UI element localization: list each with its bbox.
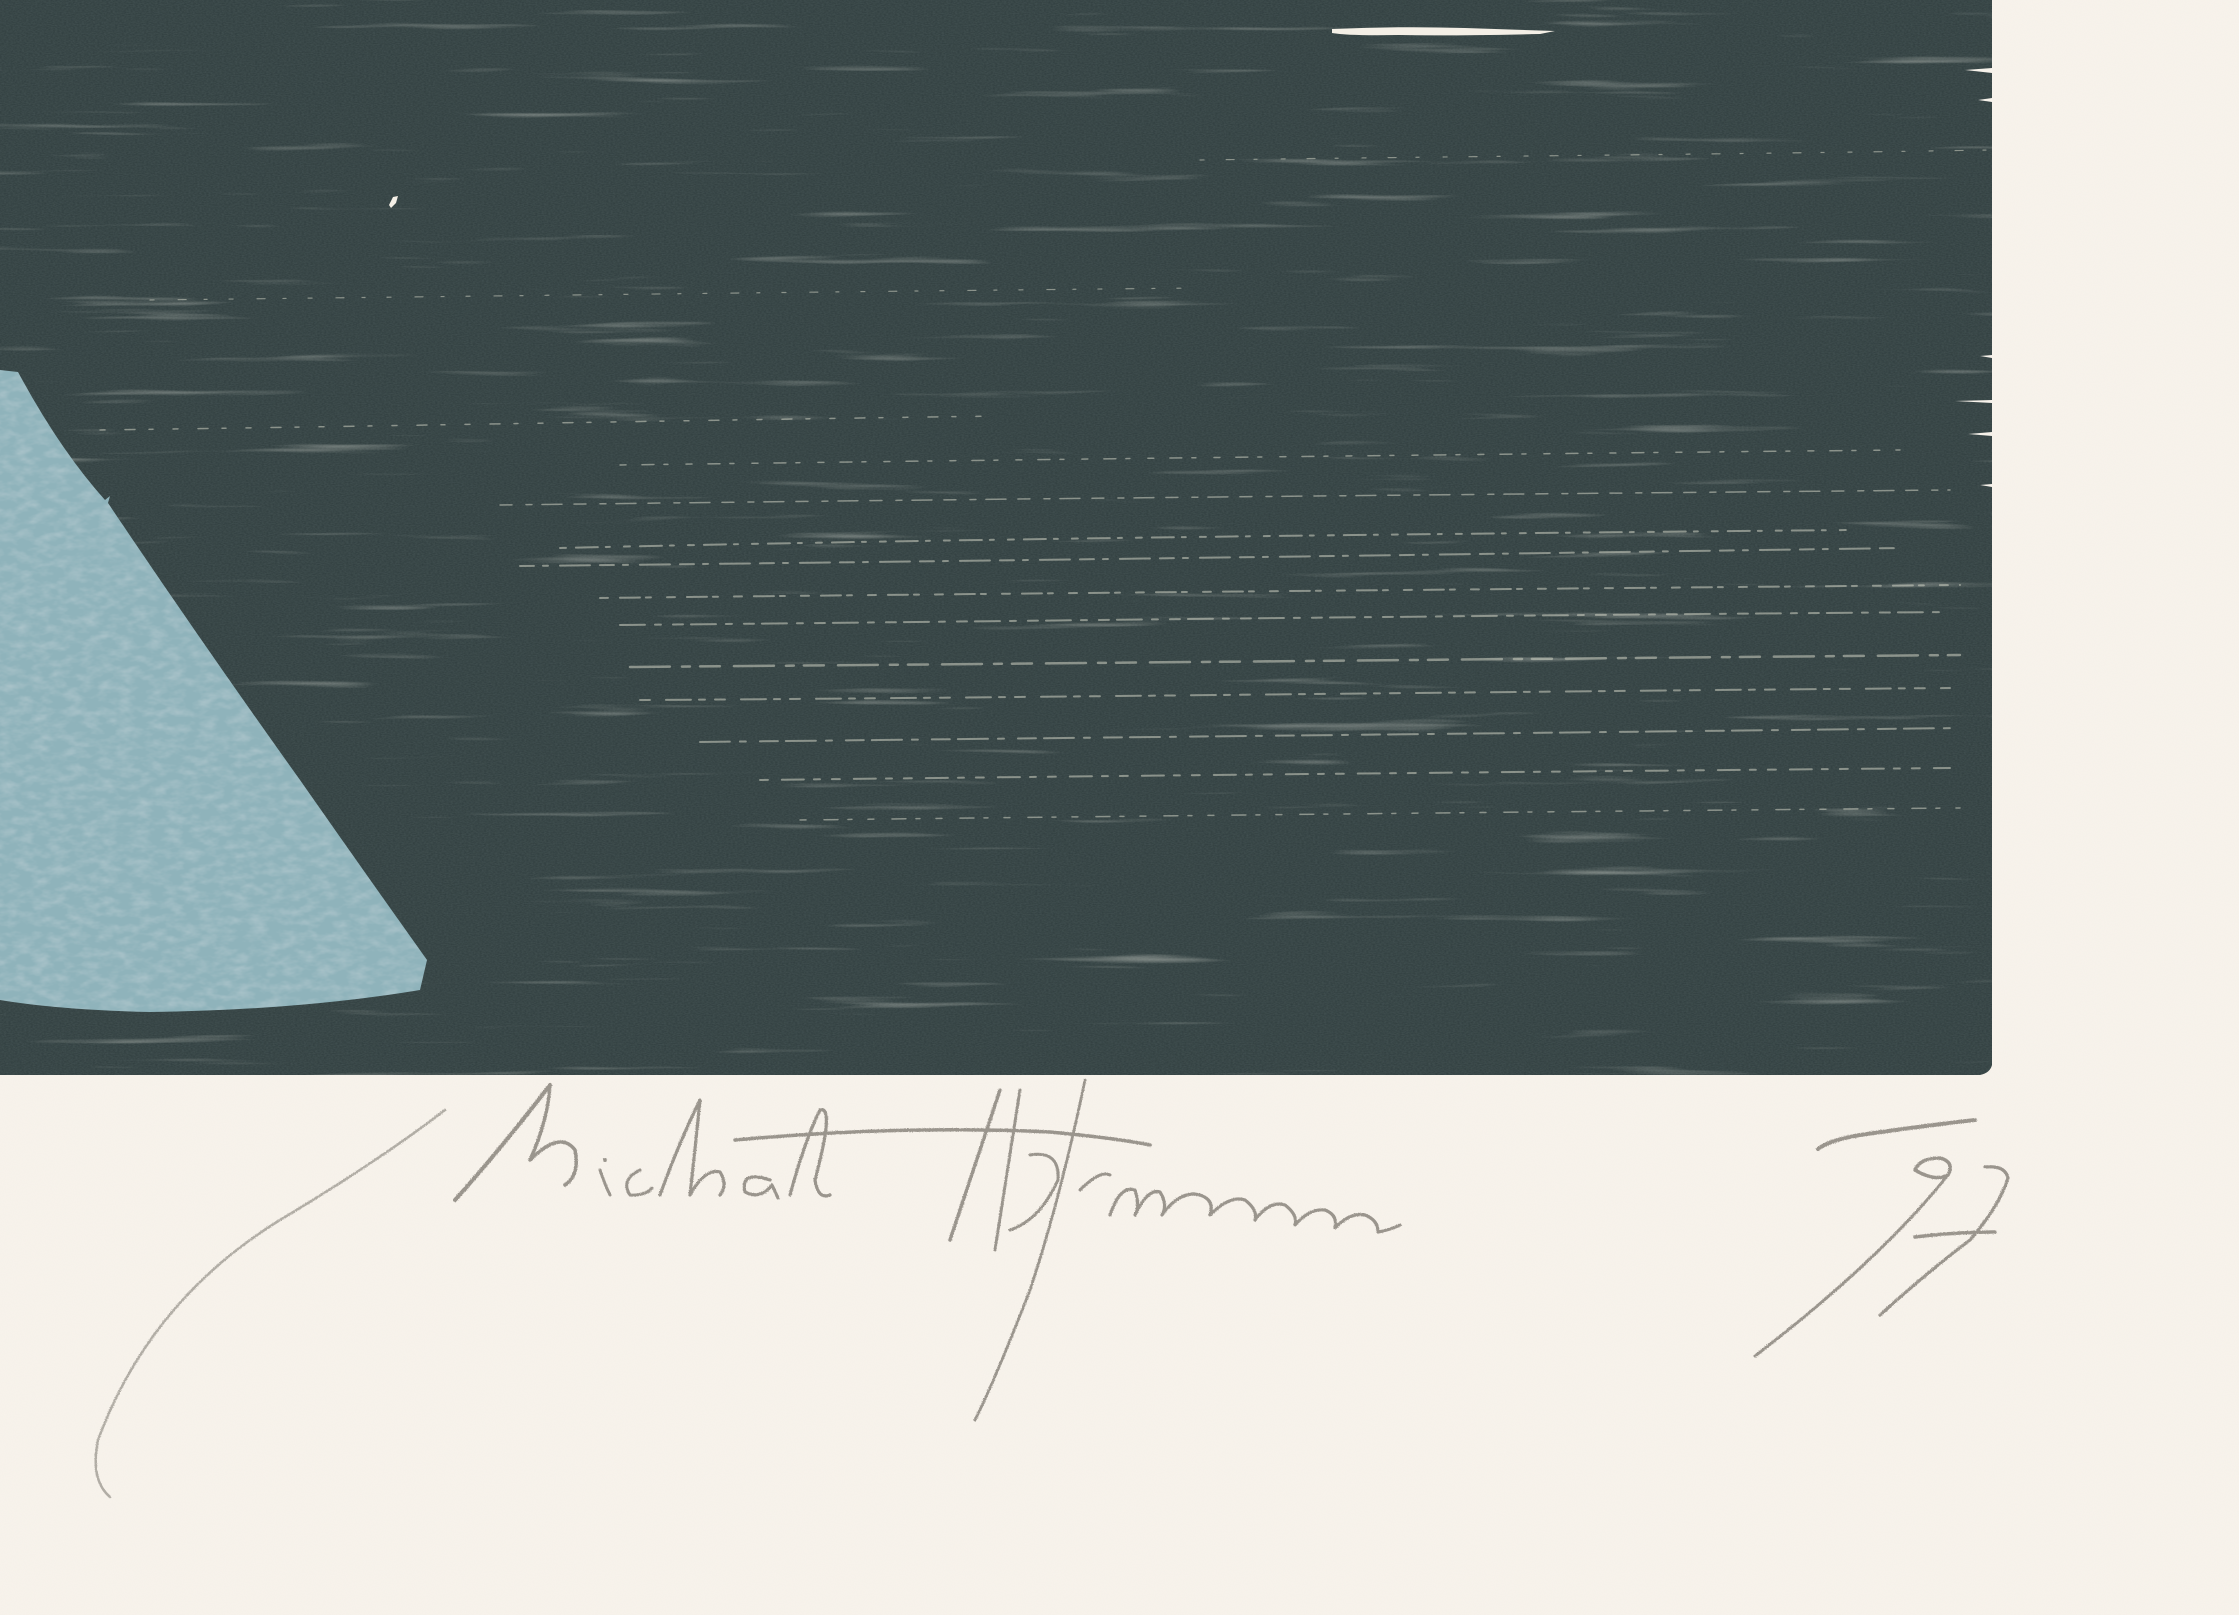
woodcut-print-photo <box>0 0 2239 1615</box>
